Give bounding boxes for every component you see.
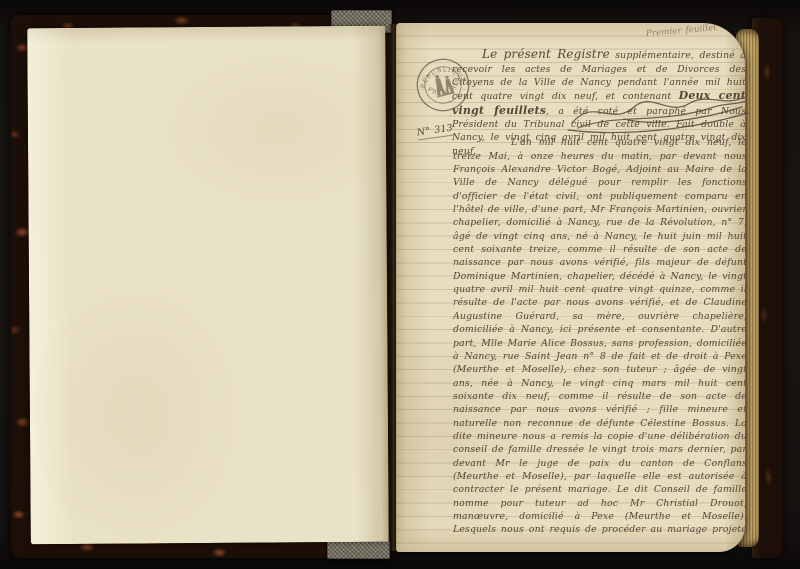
signature-flourish xyxy=(564,83,752,135)
book-gutter xyxy=(388,24,397,551)
marriage-act-text: L'an mil huit cent quatre vingt dix neuf… xyxy=(453,136,747,538)
register-right-page: Premier feuillet RÉPUBLIQUE FRANÇAISE xyxy=(396,23,745,552)
opening-lead: Le présent Registre xyxy=(482,47,610,61)
blank-left-page xyxy=(27,26,389,544)
act-number-margin-note: N° 313 xyxy=(416,123,454,141)
bookmark-strap-bottom xyxy=(327,540,390,559)
scanned-register-spread: Premier feuillet RÉPUBLIQUE FRANÇAISE xyxy=(0,0,800,569)
corner-note: Premier feuillet xyxy=(646,23,718,39)
